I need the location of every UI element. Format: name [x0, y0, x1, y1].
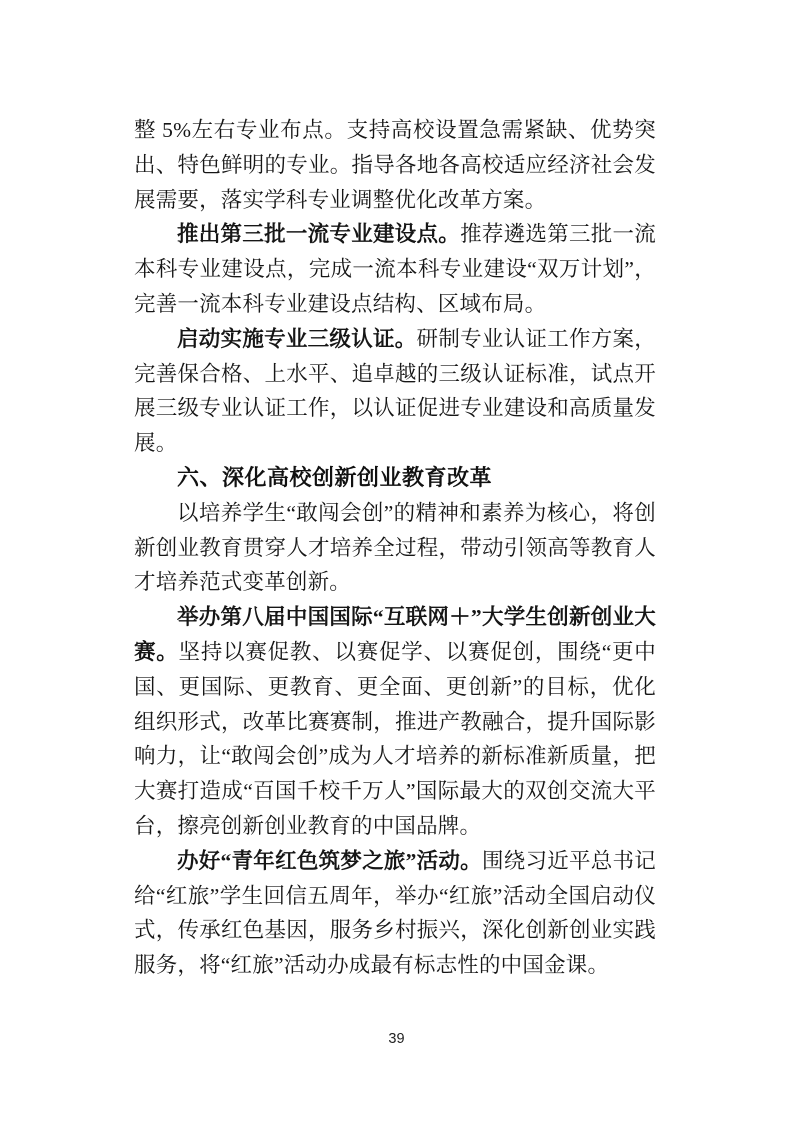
paragraph-lead: 推出第三批一流专业建设点。 [177, 222, 460, 246]
paragraph: 办好“青年红色筑梦之旅”活动。围绕习近平总书记给“红旅”学生回信五周年，举办“红… [134, 844, 656, 983]
paragraph-text: 坚持以赛促教、以赛促学、以赛促创，围绕“更中国、更国际、更教育、更全面、更创新”… [134, 640, 656, 838]
page-content: 整 5%左右专业布点。支持高校设置急需紧缺、优势突出、特色鲜明的专业。指导各地各… [134, 113, 656, 983]
paragraph-lead: 启动实施专业三级认证。 [177, 327, 417, 351]
paragraph-text: 整 5%左右专业布点。支持高校设置急需紧缺、优势突出、特色鲜明的专业。指导各地各… [134, 118, 656, 212]
section-heading: 六、深化高校创新创业教育改革 [134, 461, 656, 496]
paragraph: 推出第三批一流专业建设点。推荐遴选第三批一流本科专业建设点，完成一流本科专业建设… [134, 217, 656, 321]
document-page: 整 5%左右专业布点。支持高校设置急需紧缺、优势突出、特色鲜明的专业。指导各地各… [0, 0, 793, 1122]
page-number: 39 [0, 1031, 793, 1047]
paragraph: 以培养学生“敢闯会创”的精神和素养为核心，将创新创业教育贯穿人才培养全过程，带动… [134, 496, 656, 600]
paragraph-text: 以培养学生“敢闯会创”的精神和素养为核心，将创新创业教育贯穿人才培养全过程，带动… [134, 501, 656, 595]
paragraph-lead: 办好“青年红色筑梦之旅”活动。 [177, 849, 482, 873]
paragraph-continuation: 整 5%左右专业布点。支持高校设置急需紧缺、优势突出、特色鲜明的专业。指导各地各… [134, 113, 656, 217]
paragraph: 启动实施专业三级认证。研制专业认证工作方案，完善保合格、上水平、追卓越的三级认证… [134, 322, 656, 461]
paragraph: 举办第八届中国国际“互联网＋”大学生创新创业大赛。坚持以赛促教、以赛促学、以赛促… [134, 600, 656, 844]
